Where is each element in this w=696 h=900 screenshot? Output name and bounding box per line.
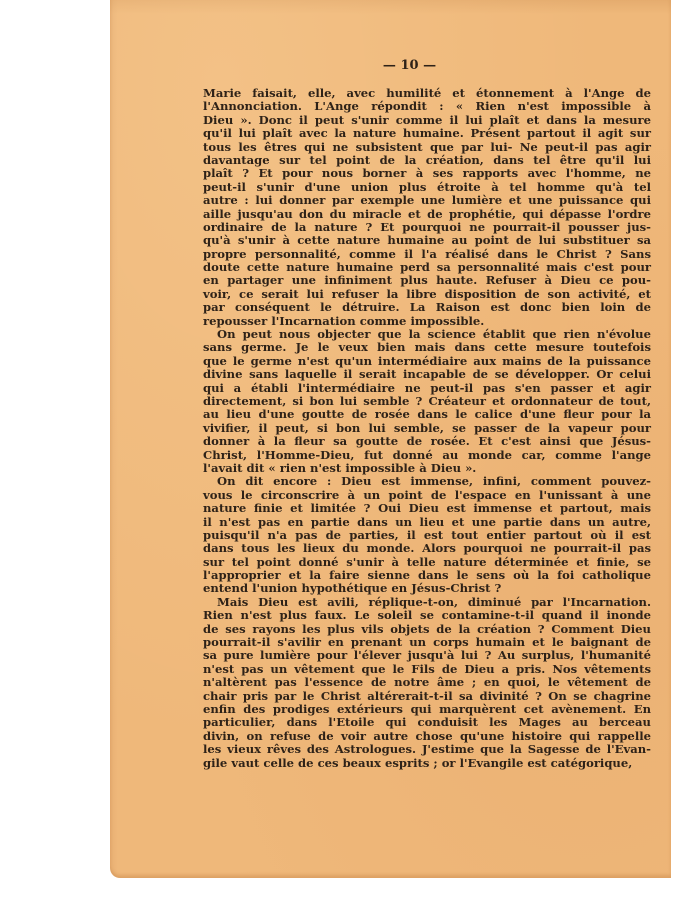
text-line: autre : lui donner par exemple une lumiè… bbox=[203, 194, 651, 207]
text-line: On peut nous objecter que la science éta… bbox=[203, 328, 651, 341]
text-line: de ses rayons les plus vils objets de la… bbox=[203, 623, 651, 636]
text-line: Dieu ». Donc il peut s'unir comme il lui… bbox=[203, 114, 651, 127]
paragraph: Mais Dieu est avili, réplique-t-on, dimi… bbox=[203, 596, 651, 770]
text-line: que le germe n'est qu'un intermédiaire a… bbox=[203, 355, 651, 368]
text-line: particulier, dans l'Etoile qui conduisit… bbox=[203, 716, 651, 729]
text-line: n'altèrent pas l'essence de notre âme ; … bbox=[203, 676, 651, 689]
text-line: ordinaire de la nature ? Et pourquoi ne … bbox=[203, 221, 651, 234]
text-line: gile vaut celle de ces beaux esprits ; o… bbox=[203, 757, 651, 770]
text-line: directement, si bon lui semble ? Créateu… bbox=[203, 395, 651, 408]
text-line: Christ, l'Homme-Dieu, fut donné au monde… bbox=[203, 449, 651, 462]
text-line: doute cette nature humaine perd sa perso… bbox=[203, 261, 651, 274]
text-line: On dit encore : Dieu est immense, infini… bbox=[203, 475, 651, 488]
text-line: Marie faisait, elle, avec humilité et ét… bbox=[203, 87, 651, 100]
text-line: propre personnalité, comme il l'a réalis… bbox=[203, 248, 651, 261]
text-line: donner à la fleur sa goutte de rosée. Et… bbox=[203, 435, 651, 448]
text-line: sur tel point donné s'unir à telle natur… bbox=[203, 556, 651, 569]
text-line: davantage sur tel point de la création, … bbox=[203, 154, 651, 167]
text-line: chair pris par le Christ altérerait-t-il… bbox=[203, 690, 651, 703]
text-line: repousser l'Incarnation comme impossible… bbox=[203, 315, 651, 328]
text-line: Mais Dieu est avili, réplique-t-on, dimi… bbox=[203, 596, 651, 609]
text-line: l'Annonciation. L'Ange répondit : « Rien… bbox=[203, 100, 651, 113]
text-line: au lieu d'une goutte de rosée dans le ca… bbox=[203, 408, 651, 421]
text-line: en partager une infiniment plus haute. R… bbox=[203, 274, 651, 287]
text-line: tous les êtres qui ne subsistent que par… bbox=[203, 141, 651, 154]
text-line: qu'à s'unir à cette nature humaine au po… bbox=[203, 234, 651, 247]
text-line: par conséquent le détruire. La Raison es… bbox=[203, 301, 651, 314]
text-line: il n'est pas en partie dans un lieu et u… bbox=[203, 516, 651, 529]
text-line: sans germe. Je le veux bien mais dans ce… bbox=[203, 341, 651, 354]
text-line: Rien n'est plus faux. Le soleil se conta… bbox=[203, 609, 651, 622]
text-line: plaît ? Et pour nous borner à ses rappor… bbox=[203, 167, 651, 180]
text-line: enfin des prodiges extérieurs qui marquè… bbox=[203, 703, 651, 716]
text-line: puisqu'il n'a pas de parties, il est tou… bbox=[203, 529, 651, 542]
text-line: l'avait dit « rien n'est impossible à Di… bbox=[203, 462, 651, 475]
text-line: qu'il lui plaît avec la nature humaine. … bbox=[203, 127, 651, 140]
text-line: dans tous les lieux du monde. Alors pour… bbox=[203, 542, 651, 555]
text-line: n'est pas un vêtement que le Fils de Die… bbox=[203, 663, 651, 676]
body-text: Marie faisait, elle, avec humilité et ét… bbox=[203, 87, 651, 770]
text-line: divine sans laquelle il serait incapable… bbox=[203, 368, 651, 381]
page-number: — 10 — bbox=[110, 58, 671, 73]
text-line: entend l'union hypothétique en Jésus-Chr… bbox=[203, 582, 651, 595]
text-line: nature finie et limitée ? Oui Dieu est i… bbox=[203, 502, 651, 515]
text-line: vivifier, il peut, si bon lui semble, se… bbox=[203, 422, 651, 435]
paragraph: On dit encore : Dieu est immense, infini… bbox=[203, 475, 651, 596]
text-line: divin, on refuse de voir autre chose qu'… bbox=[203, 730, 651, 743]
text-line: sa pure lumière pour l'élever jusqu'à lu… bbox=[203, 649, 651, 662]
paragraph: Marie faisait, elle, avec humilité et ét… bbox=[203, 87, 651, 328]
text-line: aille jusqu'au don du miracle et de prop… bbox=[203, 208, 651, 221]
text-line: voir, ce serait lui refuser la libre dis… bbox=[203, 288, 651, 301]
paragraph: On peut nous objecter que la science éta… bbox=[203, 328, 651, 475]
text-line: vous le circonscrire à un point de l'esp… bbox=[203, 489, 651, 502]
text-line: qui a établi l'intermédiaire ne peut-il … bbox=[203, 382, 651, 395]
text-line: l'approprier et la faire sienne dans le … bbox=[203, 569, 651, 582]
text-line: peut-il s'unir d'une union plus étroite … bbox=[203, 181, 651, 194]
text-line: pourrait-il s'avilir en prenant un corps… bbox=[203, 636, 651, 649]
text-line: les vieux rêves des Astrologues. J'estim… bbox=[203, 743, 651, 756]
